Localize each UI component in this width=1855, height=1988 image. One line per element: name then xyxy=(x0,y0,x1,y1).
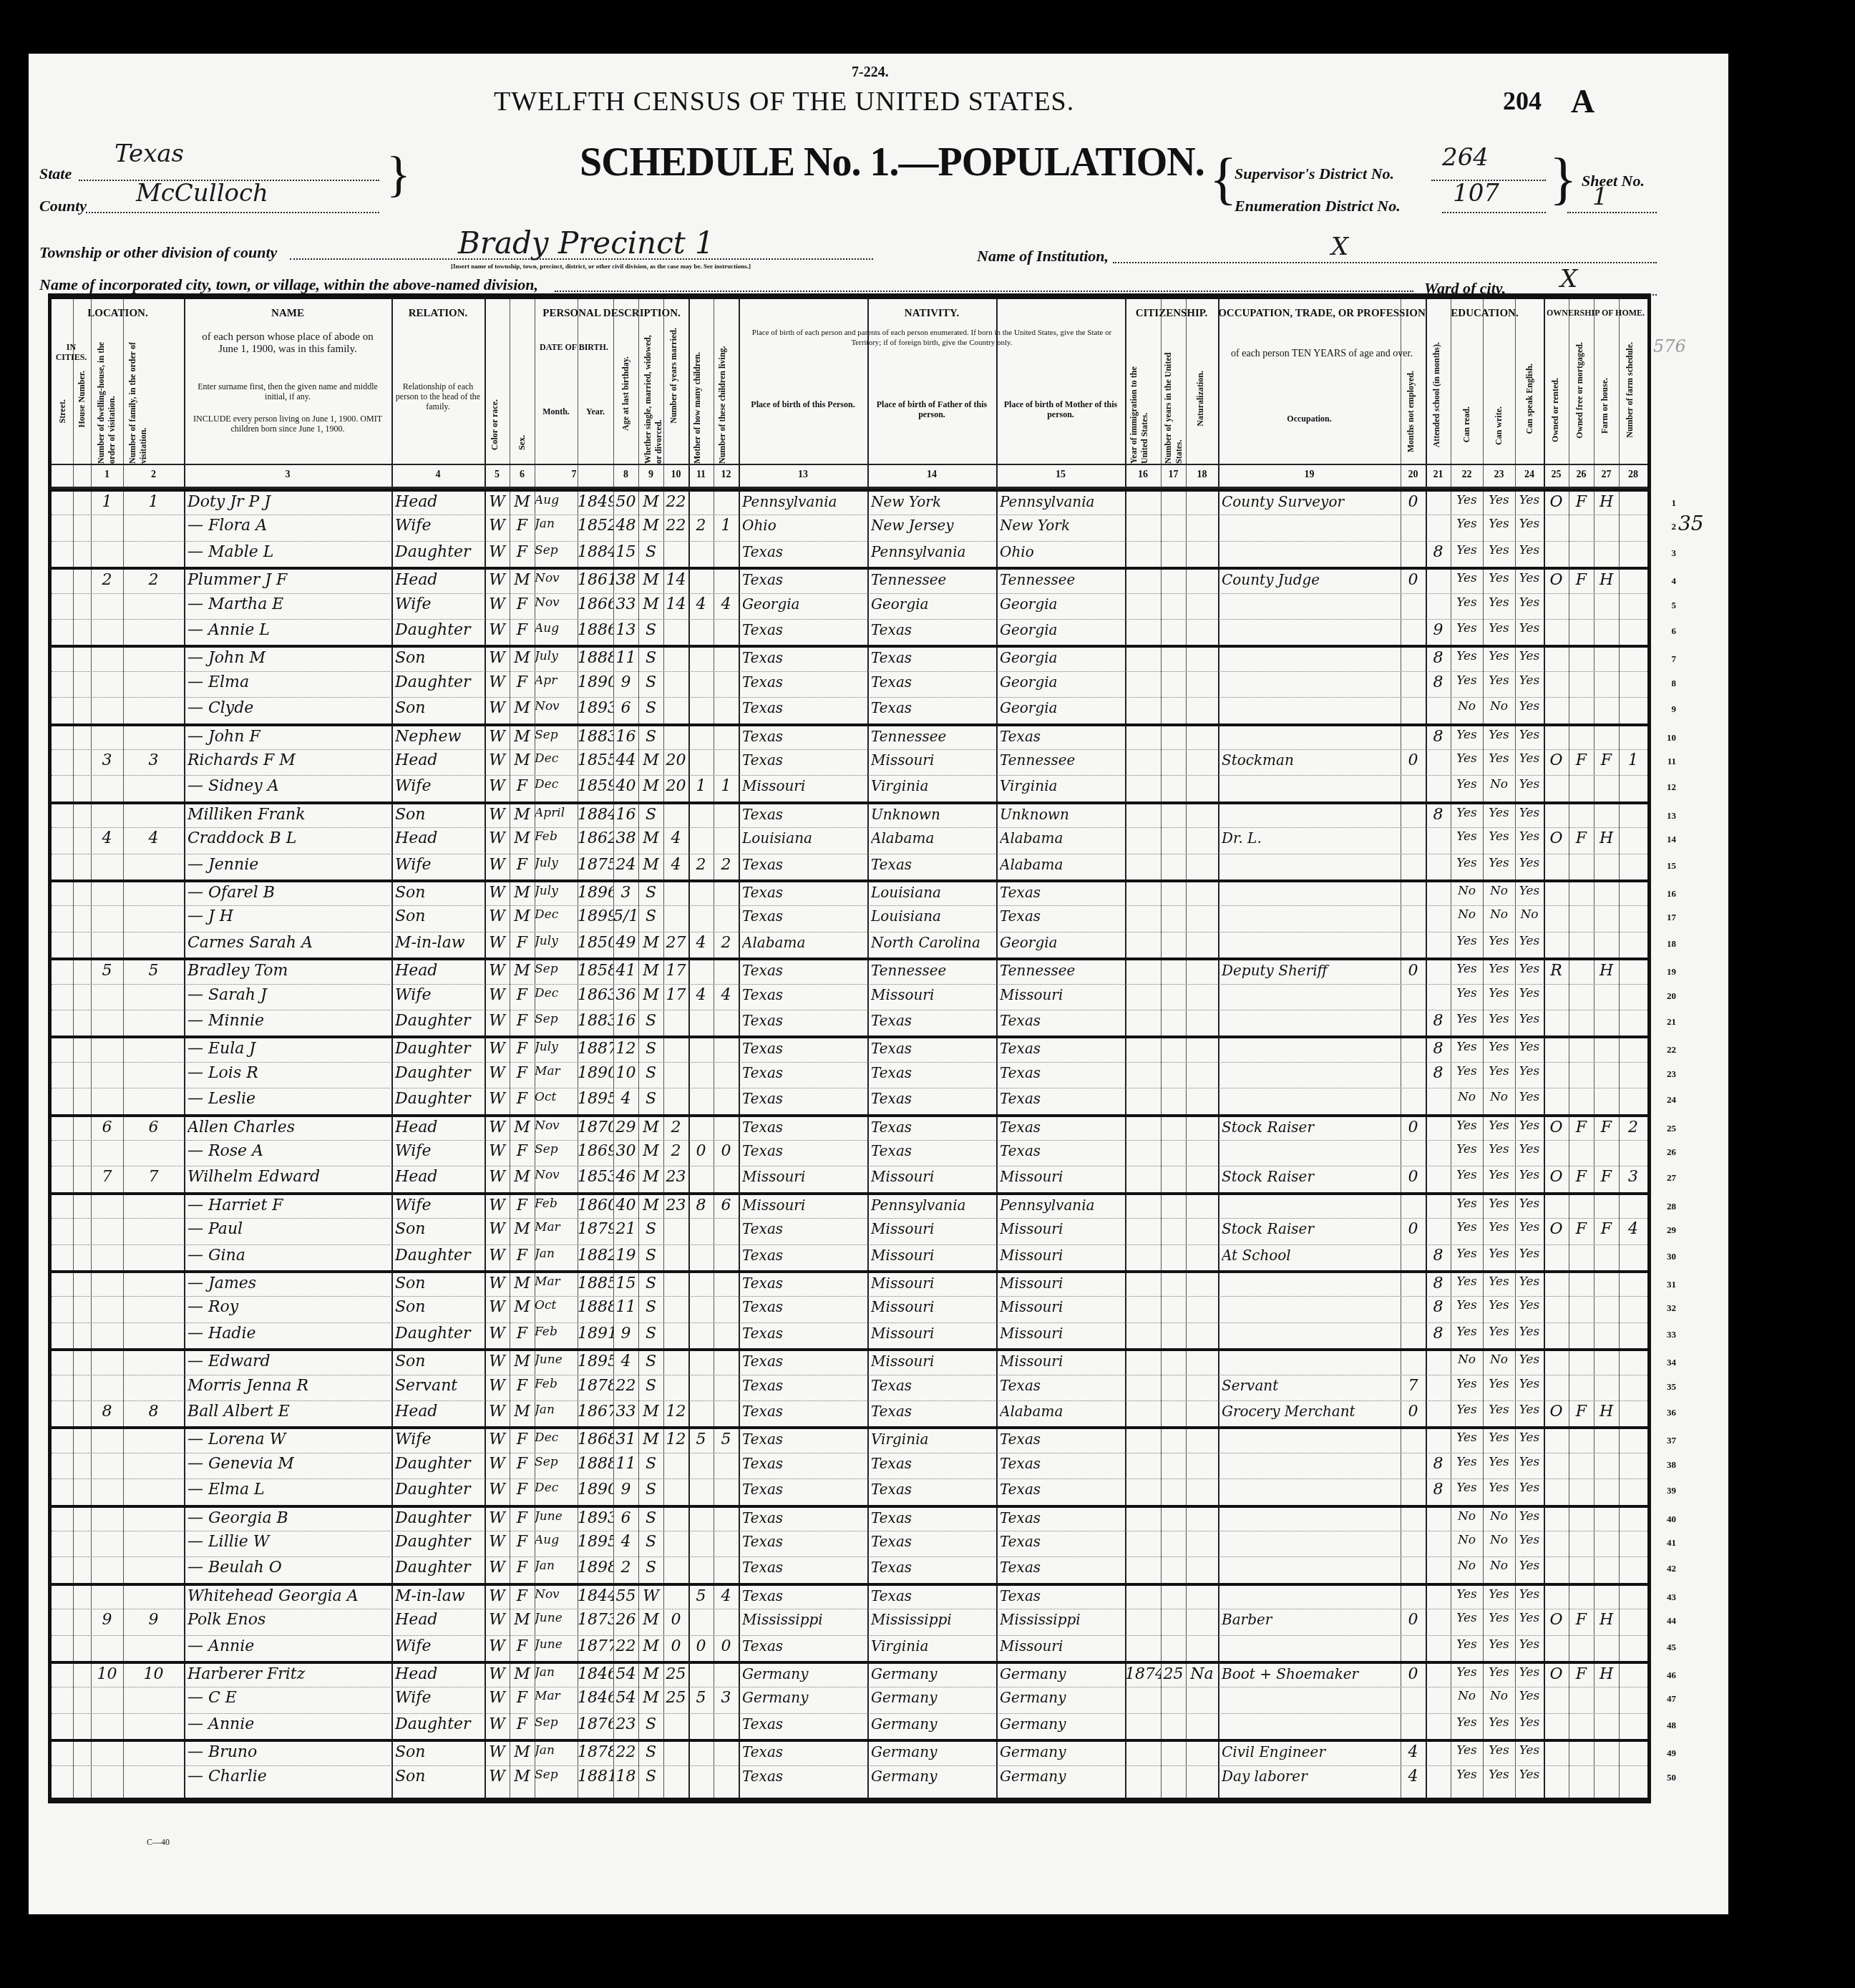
institution-label: Name of Institution, xyxy=(977,247,1109,265)
cell-bm: Texas xyxy=(1000,1064,1125,1081)
header-birth-father: Place of birth of Father of this person. xyxy=(871,399,993,419)
cell-bm: Texas xyxy=(1000,1090,1125,1107)
cell-free: F xyxy=(1569,1119,1594,1136)
line-number: 35 xyxy=(1667,1381,1676,1393)
header-can-read: Can read. xyxy=(1461,406,1472,442)
cell-relation: Wife xyxy=(395,1142,485,1160)
cell-speak: Yes xyxy=(1515,493,1544,507)
line-number: 14 xyxy=(1667,834,1676,845)
cell-marital: S xyxy=(638,1559,663,1577)
cell-ym: 14 xyxy=(663,571,688,589)
cell-free: F xyxy=(1569,829,1594,847)
cell-speak: Yes xyxy=(1515,517,1544,531)
cell-read: Yes xyxy=(1451,1119,1483,1133)
cell-school: 8 xyxy=(1426,649,1451,667)
header-dob: DATE OF BIRTH. xyxy=(535,342,613,352)
cell-school: 8 xyxy=(1426,1012,1451,1030)
cell-bf: Missouri xyxy=(871,751,996,769)
cell-write: Yes xyxy=(1483,829,1515,844)
cell-marital: M xyxy=(638,934,663,952)
cell-read: No xyxy=(1451,1090,1483,1104)
cell-bp: Georgia xyxy=(742,595,867,613)
line-number: 13 xyxy=(1667,810,1676,822)
cell-farm: F xyxy=(1594,751,1619,769)
cell-family: 6 xyxy=(123,1119,184,1136)
header-occupation-desc: of each person TEN YEARS of age and over… xyxy=(1225,349,1418,359)
cell-age: 22 xyxy=(613,1743,638,1761)
cell-age: 4 xyxy=(613,1090,638,1108)
cell-bf: Texas xyxy=(871,1559,996,1576)
table-row: Carnes Sarah AM-in-lawWFJuly185049M2742A… xyxy=(52,932,1647,958)
township-label: Township or other division of county xyxy=(39,243,277,262)
cell-sex: F xyxy=(510,1481,535,1499)
cell-month: June xyxy=(535,1509,578,1524)
cell-occ: Dr. L. xyxy=(1222,829,1401,847)
table-row: — Sarah JWifeWFDec186336M1744TexasMissou… xyxy=(52,984,1647,1010)
cell-bf: Missouri xyxy=(871,986,996,1003)
cell-name: Craddock B L xyxy=(188,829,391,847)
cell-age: 33 xyxy=(613,595,638,613)
cell-write: Yes xyxy=(1483,1040,1515,1054)
table-row: — Harriet FWifeWFFeb186040M2386MissouriP… xyxy=(52,1192,1647,1221)
cell-month: Apr xyxy=(535,673,578,688)
cell-read: Yes xyxy=(1451,1587,1483,1602)
cell-bp: Texas xyxy=(742,806,867,823)
table-row: — Lorena WWifeWFDec186831M1255TexasVirgi… xyxy=(52,1426,1647,1455)
cell-year: 1890 xyxy=(578,1481,613,1499)
cell-year: 1893 xyxy=(578,699,613,717)
incorporated-line xyxy=(555,290,1413,292)
cell-farm: H xyxy=(1594,571,1619,589)
cell-month: Dec xyxy=(535,986,578,1000)
column-number: 26 xyxy=(1569,469,1594,481)
header-sex: Sex. xyxy=(517,435,527,450)
cell-speak: Yes xyxy=(1515,1040,1544,1054)
header-can-speak: Can speak English. xyxy=(1524,364,1535,434)
cell-write: No xyxy=(1483,777,1515,791)
cell-marital: S xyxy=(638,1743,663,1761)
cell-occ: Stockman xyxy=(1222,751,1401,769)
cell-sex: F xyxy=(510,1325,535,1343)
cell-marital: M xyxy=(638,856,663,874)
population-table: LOCATION. IN CITIES. NAME of each person… xyxy=(48,293,1651,1803)
cell-marital: S xyxy=(638,1247,663,1265)
cell-month: Oct xyxy=(535,1090,578,1104)
header-marital: Whether single, married, widowed, or div… xyxy=(643,328,663,464)
cell-read: Yes xyxy=(1451,649,1483,663)
cell-bm: Georgia xyxy=(1000,699,1125,716)
table-row: — Eula JDaughterWFJuly188712STexasTexasT… xyxy=(52,1036,1647,1064)
cell-bp: Texas xyxy=(742,1325,867,1342)
cell-age: 15 xyxy=(613,543,638,561)
cell-name: — Lillie W xyxy=(188,1533,391,1551)
cell-relation: Daughter xyxy=(395,1040,485,1058)
cell-speak: Yes xyxy=(1515,1665,1544,1680)
cell-write: Yes xyxy=(1483,806,1515,820)
cell-occ: Deputy Sheriff xyxy=(1222,962,1401,979)
cell-color: W xyxy=(485,1509,510,1527)
line-number: 7 xyxy=(1672,653,1677,665)
header-street: Street. xyxy=(57,399,68,423)
cell-farm: F xyxy=(1594,1168,1619,1186)
cell-bm: Georgia xyxy=(1000,673,1125,691)
cell-marital: M xyxy=(638,595,663,613)
line-number: 24 xyxy=(1667,1094,1676,1106)
cell-own: O xyxy=(1544,1611,1569,1629)
column-number: 10 xyxy=(663,469,688,481)
cell-name: — Beulah O xyxy=(188,1559,391,1577)
table-row: 55Bradley TomHeadWMSep185841M17TexasTenn… xyxy=(52,958,1647,986)
cell-read: No xyxy=(1451,1533,1483,1547)
cell-color: W xyxy=(485,1481,510,1499)
header-free-mortgaged: Owned free or mortgaged. xyxy=(1574,342,1585,439)
cell-marital: M xyxy=(638,1611,663,1629)
cell-bf: Texas xyxy=(871,1533,996,1550)
cell-cl: 0 xyxy=(714,1142,739,1160)
cell-cl: 3 xyxy=(714,1689,739,1707)
cell-color: W xyxy=(485,806,510,824)
table-row: — Rose AWifeWFSep186930M200TexasTexasTex… xyxy=(52,1140,1647,1166)
cell-write: Yes xyxy=(1483,1012,1515,1026)
cell-bm: Unknown xyxy=(1000,806,1125,823)
cell-read: Yes xyxy=(1451,1142,1483,1156)
cell-relation: Head xyxy=(395,493,485,511)
cell-name: — Bruno xyxy=(188,1743,391,1761)
cell-read: Yes xyxy=(1451,1197,1483,1211)
cell-bp: Pennsylvania xyxy=(742,493,867,510)
enumeration-district-line xyxy=(1442,211,1546,213)
table-row: — ElmaDaughterWFApr18909STexasTexasGeorg… xyxy=(52,671,1647,698)
cell-year: 1882 xyxy=(578,1247,613,1265)
column-number: 18 xyxy=(1186,469,1218,481)
cell-occ: Civil Engineer xyxy=(1222,1743,1401,1760)
cell-relation: Daughter xyxy=(395,1090,485,1108)
faint-annotation: 576 xyxy=(1653,336,1686,356)
column-number: 23 xyxy=(1483,469,1515,481)
column-number: 5 xyxy=(485,469,510,481)
table-row: — JamesSonWMMar188515STexasMissouriMisso… xyxy=(52,1270,1647,1299)
cell-farm: H xyxy=(1594,1665,1619,1683)
cell-relation: Son xyxy=(395,907,485,925)
cell-month: Feb xyxy=(535,1325,578,1339)
cell-sex: F xyxy=(510,595,535,613)
column-number: 1 xyxy=(91,469,123,481)
cell-write: Yes xyxy=(1483,856,1515,870)
cell-name: — Harriet F xyxy=(188,1197,391,1214)
cell-write: Yes xyxy=(1483,1197,1515,1211)
line-number: 10 xyxy=(1667,732,1676,744)
cell-name: Doty Jr P J xyxy=(188,493,391,511)
cell-name: — Edward xyxy=(188,1353,391,1370)
table-row: Whitehead Georgia AM-in-lawWFNov184455W5… xyxy=(52,1583,1647,1612)
cell-month: Dec xyxy=(535,777,578,791)
cell-read: Yes xyxy=(1451,1220,1483,1234)
cell-bf: Georgia xyxy=(871,595,996,613)
cell-age: 30 xyxy=(613,1142,638,1160)
header-farm-house: Farm or house. xyxy=(1600,378,1610,434)
cell-relation: Head xyxy=(395,1665,485,1683)
line-number: 23 xyxy=(1667,1068,1676,1080)
cell-age: 40 xyxy=(613,777,638,795)
state-value: Texas xyxy=(115,140,184,168)
left-brace: } xyxy=(386,147,411,204)
cell-month: June xyxy=(535,1611,578,1625)
cell-unemp: 4 xyxy=(1401,1768,1426,1785)
cell-speak: Yes xyxy=(1515,1587,1544,1602)
cell-free: F xyxy=(1569,1168,1594,1186)
cell-ym: 14 xyxy=(663,595,688,613)
cell-marital: S xyxy=(638,1064,663,1082)
cell-month: July xyxy=(535,856,578,870)
line-number: 43 xyxy=(1667,1592,1676,1603)
cell-color: W xyxy=(485,1455,510,1473)
cell-read: Yes xyxy=(1451,1611,1483,1625)
header-years-married: Number of years married. xyxy=(668,328,679,424)
line-number: 15 xyxy=(1667,860,1676,872)
cell-mc: 0 xyxy=(688,1142,714,1160)
cell-color: W xyxy=(485,1168,510,1186)
cell-year: 1866 xyxy=(578,595,613,613)
cell-bf: Germany xyxy=(871,1689,996,1706)
cell-sex: M xyxy=(510,962,535,980)
cell-write: Yes xyxy=(1483,1665,1515,1680)
cell-name: — Jennie xyxy=(188,856,391,874)
cell-bp: Texas xyxy=(742,673,867,691)
cell-month: Mar xyxy=(535,1689,578,1703)
cell-read: No xyxy=(1451,1689,1483,1703)
cell-ym: 25 xyxy=(663,1689,688,1707)
cell-year: 1886 xyxy=(578,621,613,639)
cell-read: Yes xyxy=(1451,517,1483,531)
cell-year: 1853 xyxy=(578,1168,613,1186)
cell-unemp: 0 xyxy=(1401,1168,1426,1186)
cell-name: — Sarah J xyxy=(188,986,391,1004)
cell-bm: Germany xyxy=(1000,1768,1125,1785)
cell-speak: Yes xyxy=(1515,1637,1544,1652)
table-row: — Mable LDaughterWFSep188415STexasPennsy… xyxy=(52,541,1647,567)
column-number: 17 xyxy=(1161,469,1186,481)
cell-write: Yes xyxy=(1483,1611,1515,1625)
line-number: 37 xyxy=(1667,1435,1676,1446)
cell-month: Dec xyxy=(535,907,578,922)
cell-color: W xyxy=(485,1040,510,1058)
cell-speak: Yes xyxy=(1515,1533,1544,1547)
cell-read: Yes xyxy=(1451,1403,1483,1417)
cell-year: 1875 xyxy=(578,856,613,874)
table-row: — Sidney AWifeWFDec185940M2011MissouriVi… xyxy=(52,775,1647,801)
cell-mc: 5 xyxy=(688,1587,714,1605)
cell-write: Yes xyxy=(1483,1743,1515,1758)
cell-write: Yes xyxy=(1483,934,1515,948)
table-row: — GinaDaughterWFJan188219STexasMissouriM… xyxy=(52,1244,1647,1271)
cell-occ: Day laborer xyxy=(1222,1768,1401,1785)
cell-color: W xyxy=(485,1715,510,1733)
cell-sex: F xyxy=(510,1064,535,1082)
cell-speak: Yes xyxy=(1515,1064,1544,1078)
cell-bm: Germany xyxy=(1000,1715,1125,1733)
cell-year: 1896 xyxy=(578,884,613,902)
supervisor-value: 264 xyxy=(1442,143,1489,172)
cell-marital: W xyxy=(638,1587,663,1605)
cell-free: F xyxy=(1569,1403,1594,1421)
cell-color: W xyxy=(485,884,510,902)
column-number: 8 xyxy=(613,469,638,481)
cell-read: Yes xyxy=(1451,1665,1483,1680)
cell-bm: Germany xyxy=(1000,1689,1125,1706)
cell-unemp: 0 xyxy=(1401,493,1426,511)
county-label: County xyxy=(39,197,87,215)
cell-name: — Clyde xyxy=(188,699,391,717)
cell-age: 48 xyxy=(613,517,638,535)
cell-sex: F xyxy=(510,1637,535,1655)
cell-relation: Son xyxy=(395,1768,485,1785)
table-row: — Ofarel BSonWMJuly18963STexasLouisianaT… xyxy=(52,880,1647,908)
cell-name: Morris Jenna R xyxy=(188,1377,391,1395)
header-relation-desc: Relationship of each person to the head … xyxy=(395,381,481,411)
cell-bp: Texas xyxy=(742,1247,867,1264)
cell-bm: Missouri xyxy=(1000,986,1125,1003)
table-row: 99Polk EnosHeadWMJune187326M0Mississippi… xyxy=(52,1609,1647,1635)
cell-speak: Yes xyxy=(1515,1275,1544,1289)
cell-read: Yes xyxy=(1451,1040,1483,1054)
cell-sex: M xyxy=(510,1220,535,1238)
cell-relation: Daughter xyxy=(395,1325,485,1343)
cell-bm: Missouri xyxy=(1000,1325,1125,1342)
cell-read: Yes xyxy=(1451,962,1483,976)
cell-ym: 22 xyxy=(663,517,688,535)
cell-color: W xyxy=(485,1403,510,1421)
cell-age: 9 xyxy=(613,673,638,691)
cell-ym: 20 xyxy=(663,751,688,769)
cell-bm: Texas xyxy=(1000,1533,1125,1550)
cell-write: Yes xyxy=(1483,1481,1515,1495)
column-number: 2 xyxy=(123,469,184,481)
cell-bm: Germany xyxy=(1000,1743,1125,1760)
cell-name: — Gina xyxy=(188,1247,391,1265)
cell-family: 4 xyxy=(123,829,184,847)
cell-color: W xyxy=(485,1142,510,1160)
cell-speak: Yes xyxy=(1515,1247,1544,1261)
cell-unemp: 0 xyxy=(1401,751,1426,769)
cell-age: 33 xyxy=(613,1403,638,1421)
header-location: LOCATION. xyxy=(52,308,184,320)
township-value: Brady Precinct 1 xyxy=(458,225,714,260)
cell-unemp: 0 xyxy=(1401,1665,1426,1683)
county-value: McCulloch xyxy=(136,179,268,208)
cell-color: W xyxy=(485,907,510,925)
cell-bp: Missouri xyxy=(742,777,867,794)
cell-color: W xyxy=(485,962,510,980)
cell-color: W xyxy=(485,728,510,746)
cell-year: 1869 xyxy=(578,1142,613,1160)
cell-free: F xyxy=(1569,571,1594,589)
cell-cl: 0 xyxy=(714,1637,739,1655)
cell-bp: Texas xyxy=(742,962,867,979)
cell-name: Whitehead Georgia A xyxy=(188,1587,391,1605)
cell-bm: Missouri xyxy=(1000,1168,1125,1185)
township-note: [Insert name of township, town, precinct… xyxy=(451,263,751,270)
table-row: 1010Harberer FritzHeadWMJan184654M25Germ… xyxy=(52,1661,1647,1690)
cell-ym: 17 xyxy=(663,962,688,980)
column-number: 16 xyxy=(1125,469,1161,481)
cell-month: Jan xyxy=(535,1665,578,1680)
cell-relation: Head xyxy=(395,829,485,847)
cell-year: 1850 xyxy=(578,934,613,952)
cell-year: 1860 xyxy=(578,1197,613,1214)
column-number: 4 xyxy=(391,469,485,481)
cell-bp: Texas xyxy=(742,1119,867,1136)
cell-name: Ball Albert E xyxy=(188,1403,391,1421)
cell-bm: Pennsylvania xyxy=(1000,493,1125,510)
cell-relation: Daughter xyxy=(395,673,485,691)
cell-age: 19 xyxy=(613,1247,638,1265)
cell-age: 9 xyxy=(613,1481,638,1499)
cell-speak: Yes xyxy=(1515,751,1544,766)
cell-bf: Louisiana xyxy=(871,884,996,901)
cell-mc: 2 xyxy=(688,856,714,874)
cell-name: — Leslie xyxy=(188,1090,391,1108)
cell-sex: F xyxy=(510,777,535,795)
cell-bp: Texas xyxy=(742,1220,867,1237)
cell-year: 1849 xyxy=(578,493,613,511)
cell-marital: M xyxy=(638,986,663,1004)
cell-read: Yes xyxy=(1451,829,1483,844)
cell-month: Oct xyxy=(535,1298,578,1312)
cell-name: — C E xyxy=(188,1689,391,1707)
cell-age: 54 xyxy=(613,1665,638,1683)
cell-sex: F xyxy=(510,1431,535,1448)
cell-bf: Pennsylvania xyxy=(871,1197,996,1214)
table-row: 66Allen CharlesHeadWMNov187029M2TexasTex… xyxy=(52,1114,1647,1143)
cell-sex: M xyxy=(510,806,535,824)
cell-read: Yes xyxy=(1451,493,1483,507)
line-number: 8 xyxy=(1672,678,1677,689)
cell-write: No xyxy=(1483,1533,1515,1547)
supervisor-label: Supervisor's District No. xyxy=(1235,165,1394,183)
cell-free: F xyxy=(1569,1611,1594,1629)
cell-bp: Texas xyxy=(742,1768,867,1785)
cell-name: — John M xyxy=(188,649,391,667)
cell-family: 8 xyxy=(123,1403,184,1421)
cell-color: W xyxy=(485,673,510,691)
cell-speak: Yes xyxy=(1515,1168,1544,1182)
cell-bp: Texas xyxy=(742,1142,867,1159)
cell-bf: Texas xyxy=(871,856,996,873)
header-years-us: Number of years in the United States. xyxy=(1163,342,1184,464)
column-number: 6 xyxy=(510,469,535,481)
cell-bf: Pennsylvania xyxy=(871,543,996,560)
cell-write: Yes xyxy=(1483,1715,1515,1730)
cell-speak: Yes xyxy=(1515,1743,1544,1758)
table-row: — Georgia BDaughterWFJune18936STexasTexa… xyxy=(52,1505,1647,1534)
cell-marital: S xyxy=(638,1090,663,1108)
cell-name: — Mable L xyxy=(188,543,391,561)
cell-ym: 25 xyxy=(663,1665,688,1683)
header-nativity: NATIVITY. xyxy=(739,308,1125,320)
header-birth-person: Place of birth of this Person. xyxy=(742,399,864,409)
cell-marital: M xyxy=(638,571,663,589)
cell-age: 13 xyxy=(613,621,638,639)
cell-bp: Texas xyxy=(742,1275,867,1292)
cell-month: Feb xyxy=(535,829,578,844)
cell-unemp: 0 xyxy=(1401,1611,1426,1629)
cell-bf: New York xyxy=(871,493,996,510)
cell-ym: 0 xyxy=(663,1611,688,1629)
cell-farm: F xyxy=(1594,1119,1619,1136)
cell-name: Bradley Tom xyxy=(188,962,391,980)
cell-ym: 12 xyxy=(663,1431,688,1448)
cell-occ: Stock Raiser xyxy=(1222,1119,1401,1136)
